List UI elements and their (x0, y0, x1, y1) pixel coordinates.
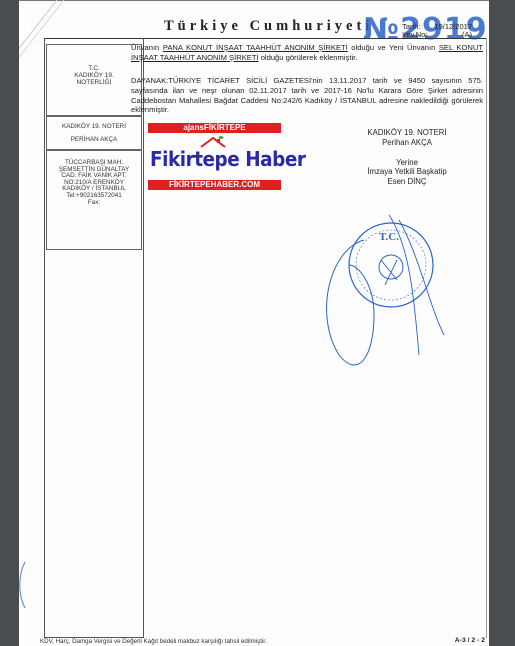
page-number: A-3 / 2 - 2 (455, 637, 485, 644)
stamp-text: T.C. (379, 231, 399, 243)
paragraph-basis: DAYANAK:TÜRKİYE TİCARET SİCİLİ GAZETESİ'… (131, 76, 483, 115)
notary-seal-stamp: T.C. (319, 205, 489, 385)
fikirtepe-haber-logo: ajansFİKİRTEPE Fikirtepe Haber FİKİRTEPE… (148, 123, 283, 191)
notary-line: KADIKÖY 19. NOTERİ (47, 123, 141, 130)
address-line: Fax: (47, 200, 141, 207)
notary-line: PERİHAN AKÇA (47, 136, 141, 143)
old-company-name: PANA KONUT İNŞAAT TAAHHÜT ANONİM ŞİRKETİ (163, 43, 348, 52)
document-page: Türkiye Cumhuriyeti №29191 Tarih:19/12/2… (19, 0, 489, 646)
document-title: Türkiye Cumhuriyeti (164, 18, 373, 35)
paragraph-title-change: Ünvanın PANA KONUT İNŞAAT TAAHHÜT ANONİM… (131, 43, 483, 63)
sig-line: KADIKÖY 19. NOTERİ (337, 128, 477, 138)
logo-name: Fikirtepe Haber (150, 147, 305, 171)
notary-box: KADIKÖY 19. NOTERİ PERİHAN AKÇA (46, 116, 142, 150)
office-box: T.C. KADIKÖY 19. NOTERLİĞİ (46, 44, 142, 116)
address-box: TÜCCARBAŞI MAH. ŞEMSETTİN GÜNALTAY CAD. … (46, 150, 142, 250)
sig-line: İmzaya Yetkili Başkatip (337, 167, 477, 177)
top-rule (19, 0, 489, 1)
office-line: NOTERLİĞİ (47, 79, 141, 86)
sig-line: Esen DİNÇ (337, 177, 477, 187)
logo-top-banner: ajansFİKİRTEPE (148, 123, 281, 133)
logo-bottom-banner: FİKİRTEPEHABER.COM (148, 180, 281, 190)
sig-line: Perihan AKÇA (337, 138, 477, 148)
sig-line: Yerine (337, 158, 477, 168)
footer-tax-note: KDV, Harç, Damga Vergisi ve Değerli Kağı… (40, 638, 267, 645)
header-meta: Tarih:19/12/2017 Yev.No:(A) (402, 23, 472, 39)
stamp-edge-mark (19, 560, 35, 610)
office-line: T.C. (47, 65, 141, 72)
text: olduğu ve Yeni Ünvanın (348, 43, 439, 52)
text: Ünvanın (131, 43, 163, 52)
text: olduğu görülerek eklenmiştir. (259, 53, 358, 62)
office-line: KADIKÖY 19. (47, 72, 141, 79)
signature-block: KADIKÖY 19. NOTERİ Perihan AKÇA Yerine İ… (337, 128, 477, 187)
